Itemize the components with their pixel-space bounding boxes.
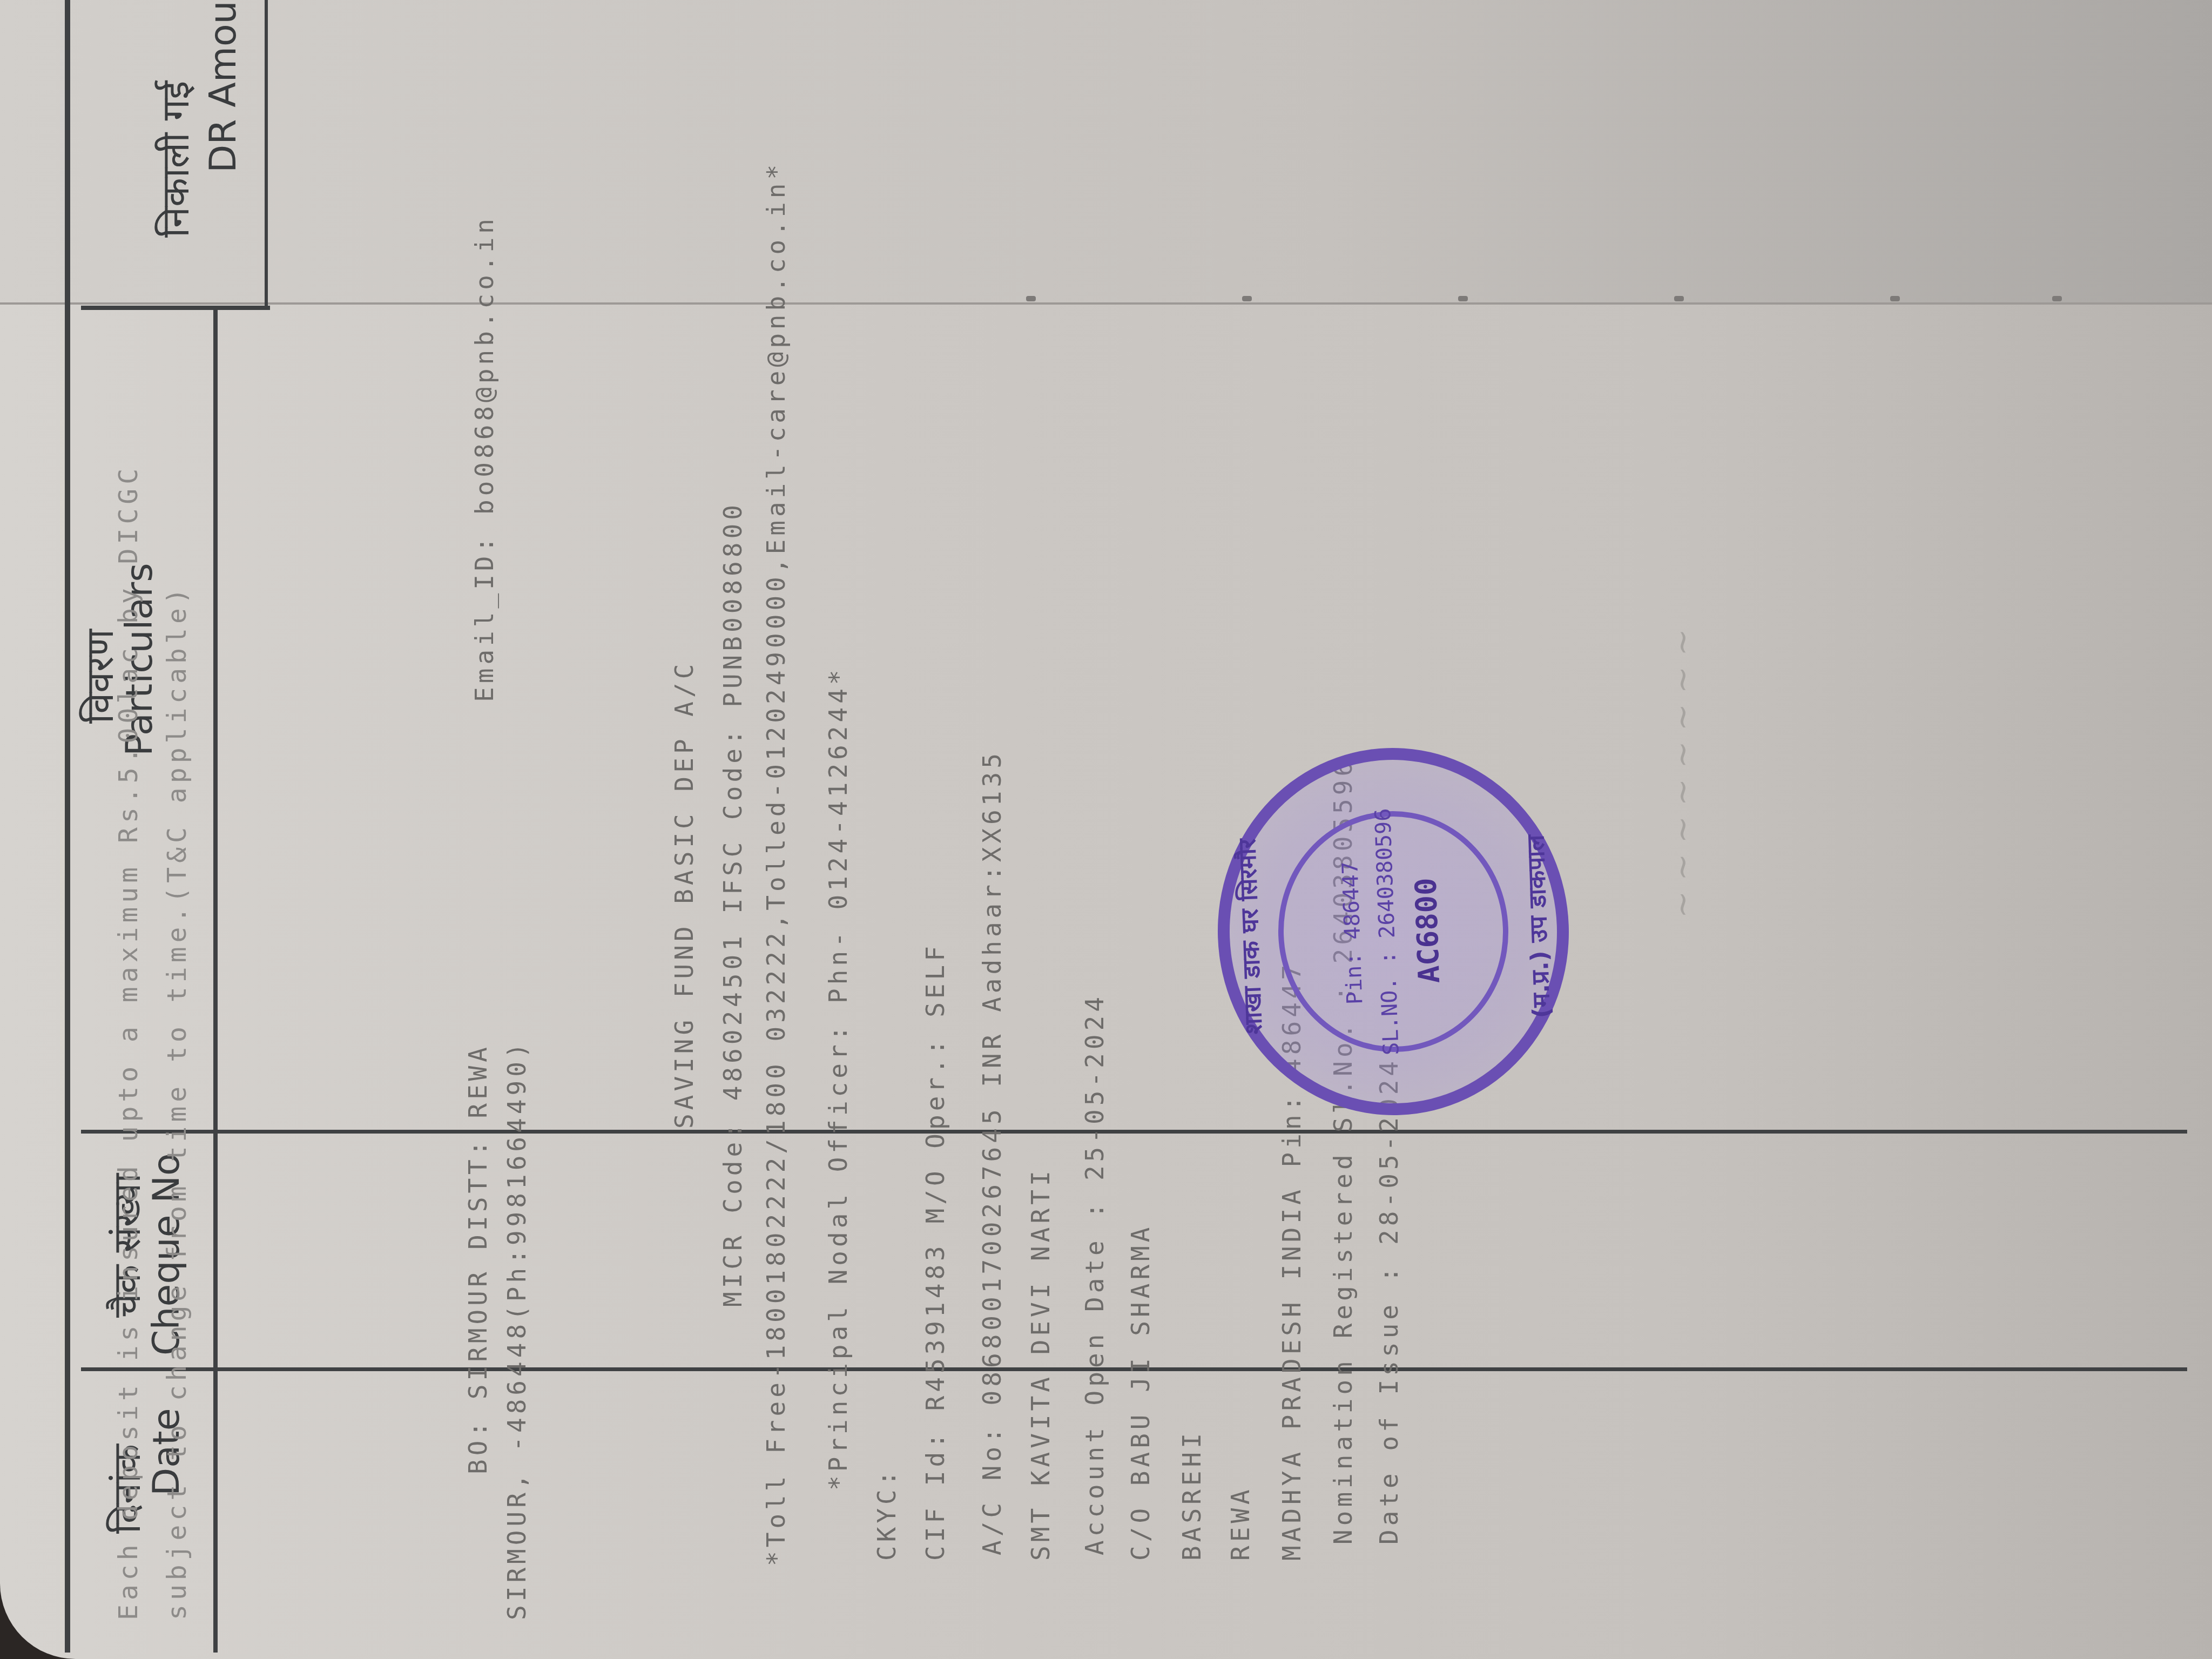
micr-ifsc-line: MICR Code: 486024501 IFSC Code: PUNB0086… [718, 501, 747, 1307]
issue-date-line: Date of Issue : 28-05-2024 [1374, 1057, 1404, 1545]
branch-bo-line: BO: SIRMOUR DISTT: REWA [463, 1043, 493, 1474]
stitch-mark [1674, 296, 1684, 301]
post-office-stamp: शाखा डाक घर सिरमौर (म.प्र.) उप डाकपाल Pi… [1211, 742, 1575, 1121]
stitch-mark [1026, 296, 1036, 301]
stamp-code: AC6800 [1408, 877, 1446, 983]
header-bottom-rule-right [265, 0, 268, 308]
passbook-page: दिनांक Date चैक संख्या Cheque No विवरण P… [0, 0, 2212, 1659]
stitch-mark [2052, 296, 2062, 301]
nodal-officer-line: *Principal Nodal Officer: Phn- 0124-4126… [824, 666, 853, 1491]
village-line: BASREHI [1177, 1429, 1206, 1561]
account-scheme: SAVING FUND BASIC DEP A/C [670, 660, 699, 1129]
column-divider-cheque-particulars [81, 1130, 2187, 1134]
cif-line: CIF Id: R45391483 M/O Oper.: SELF [921, 942, 950, 1561]
dicgc-note-line-2: subject to change from time to time.(T&C… [162, 584, 192, 1620]
dicgc-note-line-1: Each deposit is insured upto a maximum R… [113, 464, 144, 1620]
header-dr-amount-hindi: निकाली गई [157, 81, 194, 238]
stamp-bottom-text: (म.प्र.) उप डाकपाल [1518, 834, 1557, 1019]
header-bottom-rule [213, 308, 218, 1653]
stitch-mark [1458, 296, 1468, 301]
table-top-border [65, 0, 70, 1653]
branch-address-line: SIRMOUR, -486448(Ph:9981664490) [502, 1039, 531, 1620]
stitch-mark [1242, 296, 1252, 301]
header-dr-amount: DR Amou [205, 1, 242, 173]
handwritten-signature: ~ ~ ~ ~ ~ ~ ~ ~ [1663, 629, 1701, 918]
account-open-date: Account Open Date : 25-05-2024 [1080, 993, 1109, 1555]
account-number-line: A/C No: 0868001700267645 INR Aadhaar:XX6… [977, 750, 1007, 1555]
stamp-top-text: शाखा डाक घर सिरमौर [1230, 838, 1269, 1035]
toll-free-line: *Toll Free-18001802222/1800 032222,Tolle… [761, 161, 791, 1566]
branch-email: Email_ID: bo0868@pnb.co.in [470, 215, 499, 702]
district-line: REWA [1226, 1486, 1255, 1561]
account-holder-name: SMT KAVITA DEVI NARTI [1026, 1167, 1055, 1561]
stitch-mark [1890, 296, 1900, 301]
column-divider-particulars-dr [81, 306, 270, 310]
stamp-center: Pin: 486447 SL.NO. : 2640380596 AC6800 [1331, 806, 1455, 1057]
ckyc-line: CKYC: [872, 1467, 901, 1561]
facing-page [0, 0, 2212, 305]
care-of-line: C/O BABU JI SHARMA [1126, 1224, 1155, 1561]
